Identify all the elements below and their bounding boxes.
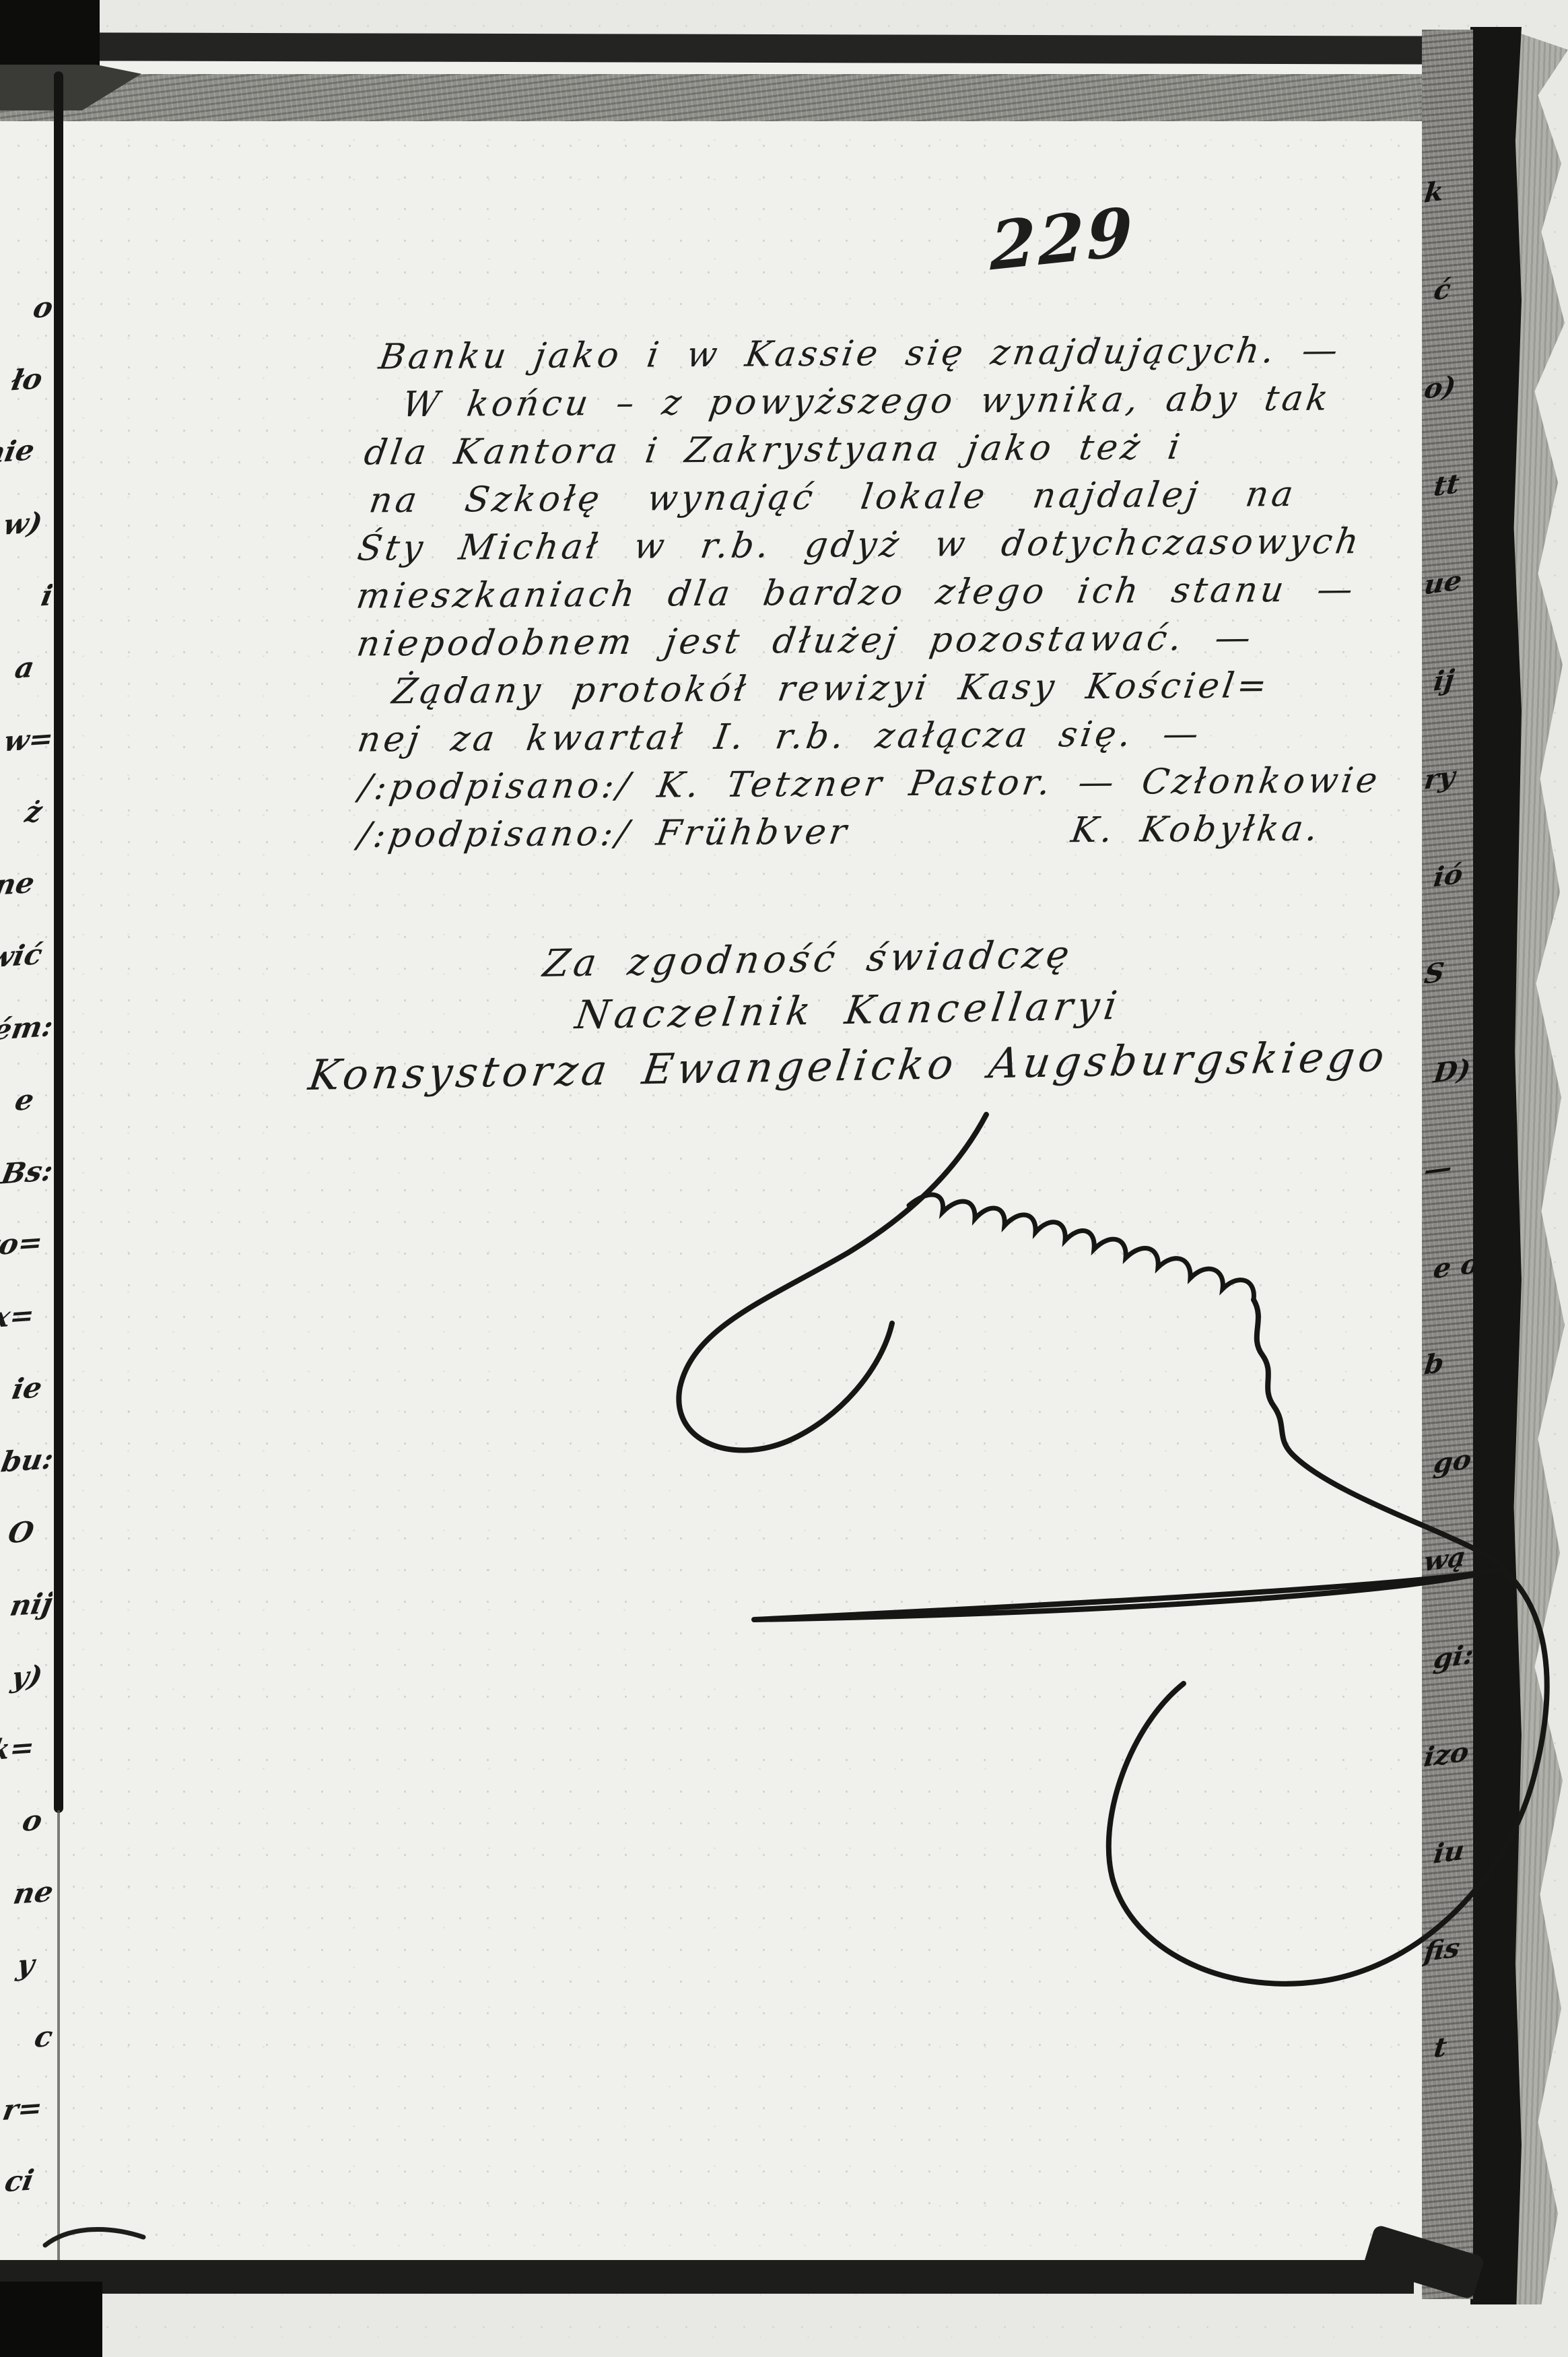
edge-text-fragment: x= [0,1298,37,1334]
edge-text-fragment: k [1423,175,1445,209]
binding-gutter-line-faint [57,1810,60,2263]
page-edge-gray-band [0,74,1422,121]
edge-text-fragment: e [13,1083,37,1117]
edge-text-fragment: ió [1432,858,1464,893]
archival-scan: { "scan": { "page_number": "229" }, "man… [0,0,1568,2357]
edge-text-fragment: ry [1423,760,1456,796]
edge-text-fragment: y [14,1948,37,1982]
edge-text-fragment: wo= [0,1226,45,1263]
edge-text-fragment: ém: [0,1009,53,1047]
scan-corner-shadow-bottom [0,2282,102,2357]
edge-text-fragment: Bs: [0,1154,53,1190]
book-cover-edge-bottom [0,2260,1414,2294]
stray-ink-stroke [37,2217,151,2254]
edge-text-fragment: r= [0,2091,45,2127]
edge-text-fragment: wić [0,937,45,974]
manuscript-body: Banku jako i w Kassie się znajdujących. … [0,327,1423,863]
edge-text-fragment: o) [1423,370,1458,405]
manuscript-signed-line: /:podpisano:/ FrühbverK. Kobyłka. [1,805,1422,863]
edge-text-fragment: ue [1423,564,1464,601]
binding-gutter-line [54,71,63,1813]
edge-text-fragment: c [32,2020,53,2054]
edge-text-fragment: S [1423,956,1446,991]
edge-text-fragment: o [30,291,53,325]
edge-text-fragment: O [6,1515,37,1550]
edge-text-fragment: y) [9,1659,45,1694]
edge-text-fragment: ij [1432,663,1456,698]
manuscript-line: W końcu – z powyższego wynika, aby tak [0,374,1419,432]
edge-text-fragment: tt [1432,468,1461,503]
edge-text-fragment: k= [0,1731,37,1766]
edge-text-fragment: ie [10,1371,45,1406]
page-number: 229 [990,193,1135,286]
edge-text-fragment: ć [1432,273,1452,307]
edge-text-fragment: ci [3,2164,37,2199]
edge-text-fragment: nij [7,1587,53,1622]
edge-text-fragment: o [20,1803,44,1838]
book-cover-edge-top [0,32,1474,65]
official-signature-flourish [592,1077,1568,2040]
edge-text-fragment: ne [0,866,37,902]
edge-text-fragment: ne [11,1875,53,1911]
edge-text-fragment: bu: [0,1442,53,1478]
manuscript-line: Żądany protokół rewizyi Kasy Kościel= [1,661,1421,719]
